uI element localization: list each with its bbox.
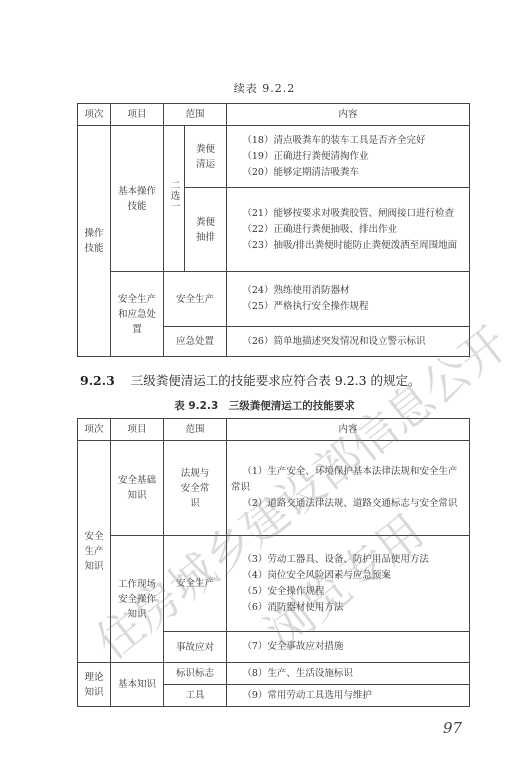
header-xiangmu: 项目 [111,419,164,441]
content-cell: （7）安全事故应对措施 [227,632,470,663]
scope-cell: 工具 [164,685,227,707]
content-line: （23）抽吸/排出粪便时能防止粪便泼洒至周围地面 [231,238,465,254]
item-cell: 安全基础知识 [111,441,164,536]
item-cell: 基本知识 [111,663,164,707]
category-label: 安全生产知识 [85,529,104,574]
clause-number: 9.2.3 [80,373,115,388]
header-neirong: 内容 [227,419,470,441]
scope-cell: 粪便抽排 [185,188,227,272]
table-header-row: 项次 项目 范围 内容 [78,104,470,126]
content-cell: （1）生产安全、环境保护基本法律法规和安全生产常识 （2）道路交通法律法规、道路… [227,441,470,536]
table-row: 工作现场安全操作知识 安全生产 （3）劳动工器具、设备、防护用品使用方法 （4）… [78,536,470,632]
content-line: （24）熟练使用消防器材 [231,283,465,299]
category-cell: 理论知识 [78,663,111,707]
table-row: 安全生产和应急处置 安全生产 （24）熟练使用消防器材 （25）严格执行安全操作… [78,272,470,327]
content-line: （20）能够定期清洁吸粪车 [231,165,465,181]
clause-text: 三级粪便清运工的技能要求应符合表 9.2.3 的规定。 [131,373,421,388]
content-line: （1）生产安全、环境保护基本法律法规和安全生产常识 [231,464,465,496]
table1-caption: 续表 9.2.2 [0,80,529,96]
table2-caption: 表 9.2.3 三级粪便清运工的技能要求 [0,398,529,413]
content-line: （8）生产、生活设施标识 [231,666,465,682]
table-9-2-3: 项次 项目 范围 内容 安全生产知识 安全基础知识 法规与安全常识 （1）生产安… [77,418,470,707]
category-label: 理论知识 [85,670,104,700]
header-fanwei: 范围 [164,104,227,126]
content-cell: （3）劳动工器具、设备、防护用品使用方法 （4）岗位安全风险因素与应急预案 （5… [227,536,470,632]
scope-cell: 标识标志 [164,663,227,685]
category-cell: 操作技能 [78,126,111,357]
content-cell: （24）熟练使用消防器材 （25）严格执行安全操作规程 [227,272,470,327]
content-line: （2）道路交通法律法规、道路交通标志与安全常识 [231,496,465,512]
header-neirong: 内容 [227,104,470,126]
header-xiangci: 项次 [78,104,111,126]
content-line: （4）岗位安全风险因素与应急预案 [231,568,465,584]
choice-label: 二选一 [167,180,182,212]
content-line: （26）简单地描述突发情况和设立警示标识 [231,334,465,350]
choice-cell: 二选一 [164,126,185,272]
scope-cell: 安全生产 [164,272,227,327]
content-line: （6）消防器材使用方法 [231,600,465,616]
header-xiangmu: 项目 [111,104,164,126]
item-label: 安全基础知识 [118,473,156,503]
scope-cell: 应急处置 [164,327,227,357]
scope-cell: 粪便清运 [185,126,227,188]
header-fanwei: 范围 [164,419,227,441]
scope-cell: 事故应对 [164,632,227,663]
content-cell: （9）常用劳动工具选用与维护 [227,685,470,707]
table-row: 安全生产知识 安全基础知识 法规与安全常识 （1）生产安全、环境保护基本法律法规… [78,441,470,536]
table-9-2-2-continued: 项次 项目 范围 内容 操作技能 基本操作技能 二选一 粪便清运 （18）清点吸… [77,103,470,357]
content-cell: （26）简单地描述突发情况和设立警示标识 [227,327,470,357]
content-line: （19）正确进行粪便清掏作业 [231,149,465,165]
scope-label: 法规与安全常识 [181,466,210,511]
content-cell: （18）清点吸粪车的装车工具是否齐全完好 （19）正确进行粪便清掏作业 （20）… [227,126,470,188]
category-label: 操作技能 [85,226,104,256]
content-line: （22）正确进行粪便抽吸、排出作业 [231,222,465,238]
content-line: （18）清点吸粪车的装车工具是否齐全完好 [231,133,465,149]
content-line: （25）严格执行安全操作规程 [231,299,465,315]
item-cell: 工作现场安全操作知识 [111,536,164,663]
content-line: （5）安全操作规程 [231,584,465,600]
content-line: （9）常用劳动工具选用与维护 [231,688,465,704]
item-label: 基本操作技能 [118,184,156,214]
content-cell: （8）生产、生活设施标识 [227,663,470,685]
content-cell: （21）能够按要求对吸粪胶管、闸阀接口进行检查 （22）正确进行粪便抽吸、排出作… [227,188,470,272]
table-row: 理论知识 基本知识 标识标志 （8）生产、生活设施标识 [78,663,470,685]
table-header-row: 项次 项目 范围 内容 [78,419,470,441]
scope-label: 粪便抽排 [196,215,215,245]
content-line: （21）能够按要求对吸粪胶管、闸阀接口进行检查 [231,206,465,222]
header-xiangci: 项次 [78,419,111,441]
item-label: 工作现场安全操作知识 [118,577,156,622]
scope-cell: 安全生产 [164,536,227,632]
category-cell: 安全生产知识 [78,441,111,663]
table-row: 操作技能 基本操作技能 二选一 粪便清运 （18）清点吸粪车的装车工具是否齐全完… [78,126,470,188]
item-label: 安全生产和应急处置 [118,292,156,337]
item-cell: 安全生产和应急处置 [111,272,164,357]
scope-label: 粪便清运 [196,142,215,172]
item-cell: 基本操作技能 [111,126,164,272]
scope-cell: 法规与安全常识 [164,441,227,536]
clause-paragraph: 9.2.3三级粪便清运工的技能要求应符合表 9.2.3 的规定。 [80,371,421,389]
page-number: 97 [443,719,462,737]
content-line: （7）安全事故应对措施 [231,639,465,655]
content-line: （3）劳动工器具、设备、防护用品使用方法 [231,552,465,568]
